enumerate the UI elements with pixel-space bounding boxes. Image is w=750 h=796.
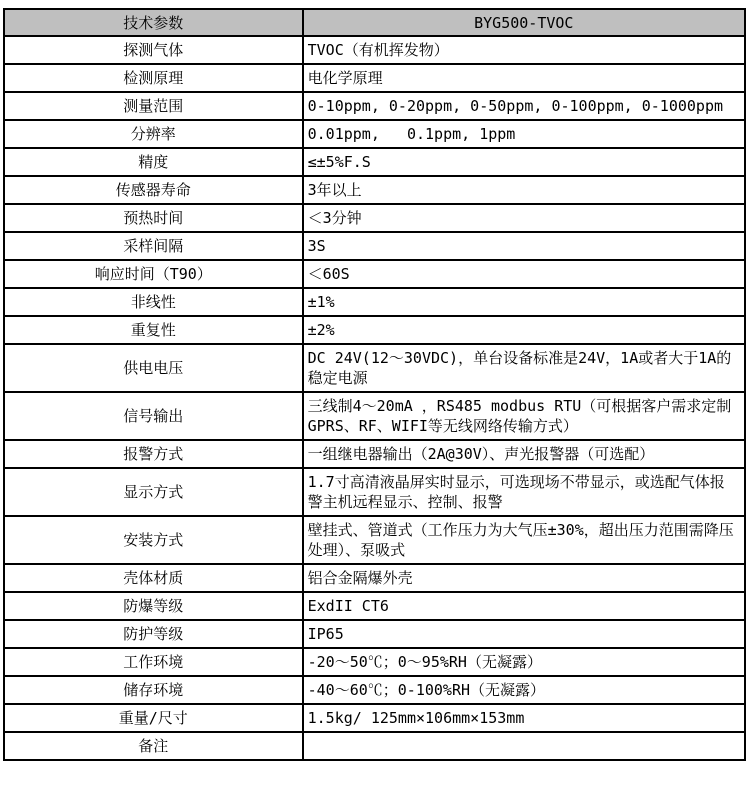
value-cell: ±1% [303, 288, 745, 316]
param-cell: 防护等级 [4, 620, 303, 648]
param-cell: 储存环境 [4, 676, 303, 704]
param-cell: 供电电压 [4, 344, 303, 392]
table-row: 信号输出三线制4～20mA ，RS485 modbus RTU（可根据客户需求定… [4, 392, 745, 440]
header-cell-parameter: 技术参数 [4, 9, 303, 36]
table-row: 测量范围0-10ppm, 0-20ppm, 0-50ppm, 0-100ppm,… [4, 92, 745, 120]
table-row: 防护等级IP65 [4, 620, 745, 648]
value-cell: 0-10ppm, 0-20ppm, 0-50ppm, 0-100ppm, 0-1… [303, 92, 745, 120]
header-cell-model: BYG500-TVOC [303, 9, 745, 36]
table-row: 分辨率0.01ppm, 0.1ppm, 1ppm [4, 120, 745, 148]
param-cell: 显示方式 [4, 468, 303, 516]
table-row: 检测原理电化学原理 [4, 64, 745, 92]
table-row: 防爆等级ExdII CT6 [4, 592, 745, 620]
spec-sheet-page: 技术参数 BYG500-TVOC 探测气体TVOC（有机挥发物）检测原理电化学原… [0, 0, 750, 796]
table-row: 传感器寿命3年以上 [4, 176, 745, 204]
table-row: 重复性±2% [4, 316, 745, 344]
param-cell: 检测原理 [4, 64, 303, 92]
param-cell: 防爆等级 [4, 592, 303, 620]
spec-table: 技术参数 BYG500-TVOC 探测气体TVOC（有机挥发物）检测原理电化学原… [3, 8, 746, 761]
param-cell: 传感器寿命 [4, 176, 303, 204]
value-cell: 电化学原理 [303, 64, 745, 92]
param-cell: 精度 [4, 148, 303, 176]
table-row: 工作环境-20～50℃；0～95%RH（无凝露） [4, 648, 745, 676]
value-cell: 三线制4～20mA ，RS485 modbus RTU（可根据客户需求定制GPR… [303, 392, 745, 440]
value-cell: 1.7寸高清液晶屏实时显示，可选现场不带显示，或选配气体报警主机远程显示、控制、… [303, 468, 745, 516]
table-row: 供电电压DC 24V(12～30VDC)，单台设备标准是24V，1A或者大于1A… [4, 344, 745, 392]
table-row: 报警方式一组继电器输出（2A@30V）、声光报警器（可选配） [4, 440, 745, 468]
spec-table-container: 技术参数 BYG500-TVOC 探测气体TVOC（有机挥发物）检测原理电化学原… [3, 8, 746, 761]
value-cell: 一组继电器输出（2A@30V）、声光报警器（可选配） [303, 440, 745, 468]
table-row: 预热时间＜3分钟 [4, 204, 745, 232]
table-row: 显示方式1.7寸高清液晶屏实时显示，可选现场不带显示，或选配气体报警主机远程显示… [4, 468, 745, 516]
table-row: 精度≤±5%F.S [4, 148, 745, 176]
value-cell: 壁挂式、管道式（工作压力为大气压±30%，超出压力范围需降压处理）、泵吸式 [303, 516, 745, 564]
param-cell: 测量范围 [4, 92, 303, 120]
param-cell: 安装方式 [4, 516, 303, 564]
param-cell: 工作环境 [4, 648, 303, 676]
table-row: 储存环境-40～60℃；0-100%RH（无凝露） [4, 676, 745, 704]
param-cell: 备注 [4, 732, 303, 760]
param-cell: 壳体材质 [4, 564, 303, 592]
table-row: 重量/尺寸1.5kg/ 125mm×106mm×153mm [4, 704, 745, 732]
value-cell: DC 24V(12～30VDC)，单台设备标准是24V，1A或者大于1A的稳定电… [303, 344, 745, 392]
value-cell: 0.01ppm, 0.1ppm, 1ppm [303, 120, 745, 148]
value-cell [303, 732, 745, 760]
table-row: 探测气体TVOC（有机挥发物） [4, 36, 745, 64]
param-cell: 探测气体 [4, 36, 303, 64]
table-row: 壳体材质铝合金隔爆外壳 [4, 564, 745, 592]
param-cell: 重量/尺寸 [4, 704, 303, 732]
value-cell: ＜60S [303, 260, 745, 288]
value-cell: 3S [303, 232, 745, 260]
param-cell: 信号输出 [4, 392, 303, 440]
param-cell: 重复性 [4, 316, 303, 344]
table-row: 响应时间（T90）＜60S [4, 260, 745, 288]
value-cell: 1.5kg/ 125mm×106mm×153mm [303, 704, 745, 732]
spec-table-body: 探测气体TVOC（有机挥发物）检测原理电化学原理测量范围0-10ppm, 0-2… [4, 36, 745, 760]
value-cell: TVOC（有机挥发物） [303, 36, 745, 64]
value-cell: ＜3分钟 [303, 204, 745, 232]
value-cell: ±2% [303, 316, 745, 344]
value-cell: -40～60℃；0-100%RH（无凝露） [303, 676, 745, 704]
table-row: 备注 [4, 732, 745, 760]
value-cell: -20～50℃；0～95%RH（无凝露） [303, 648, 745, 676]
param-cell: 采样间隔 [4, 232, 303, 260]
param-cell: 响应时间（T90） [4, 260, 303, 288]
value-cell: IP65 [303, 620, 745, 648]
value-cell: ExdII CT6 [303, 592, 745, 620]
table-row: 安装方式壁挂式、管道式（工作压力为大气压±30%，超出压力范围需降压处理）、泵吸… [4, 516, 745, 564]
value-cell: 3年以上 [303, 176, 745, 204]
param-cell: 非线性 [4, 288, 303, 316]
value-cell: 铝合金隔爆外壳 [303, 564, 745, 592]
value-cell: ≤±5%F.S [303, 148, 745, 176]
table-row: 非线性±1% [4, 288, 745, 316]
param-cell: 分辨率 [4, 120, 303, 148]
param-cell: 报警方式 [4, 440, 303, 468]
param-cell: 预热时间 [4, 204, 303, 232]
table-row: 采样间隔3S [4, 232, 745, 260]
table-header-row: 技术参数 BYG500-TVOC [4, 9, 745, 36]
